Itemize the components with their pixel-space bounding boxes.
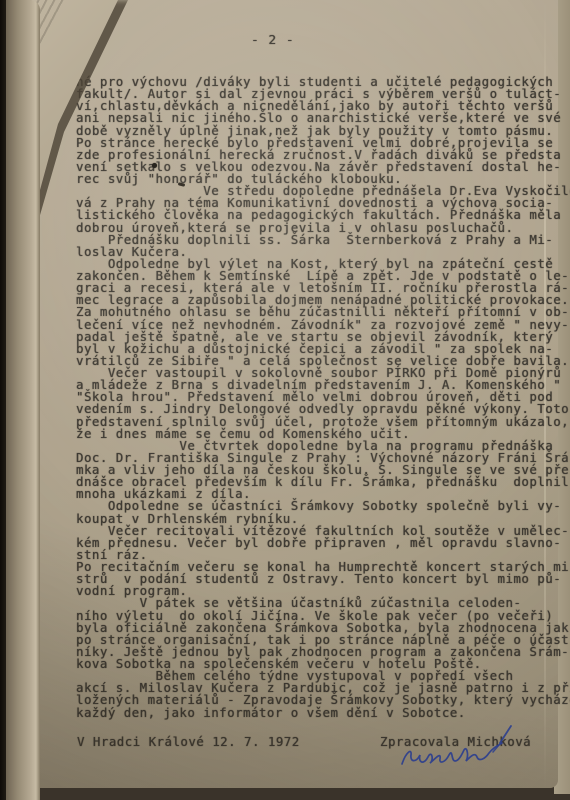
ink-spot	[152, 163, 157, 168]
page-number: - 2 -	[251, 33, 295, 48]
document-page: - 2 - né pro výchovu /diváky byli studen…	[36, 0, 558, 788]
handwritten-signature	[398, 740, 518, 772]
photo-background: - 2 - né pro výchovu /diváky byli studen…	[0, 0, 570, 800]
footer-place-date: V Hradci Králové 12. 7. 1972	[77, 735, 300, 749]
typewritten-body: né pro výchovu /diváky byli studenti a u…	[76, 76, 570, 719]
underlying-page-left-edge	[6, 0, 40, 800]
